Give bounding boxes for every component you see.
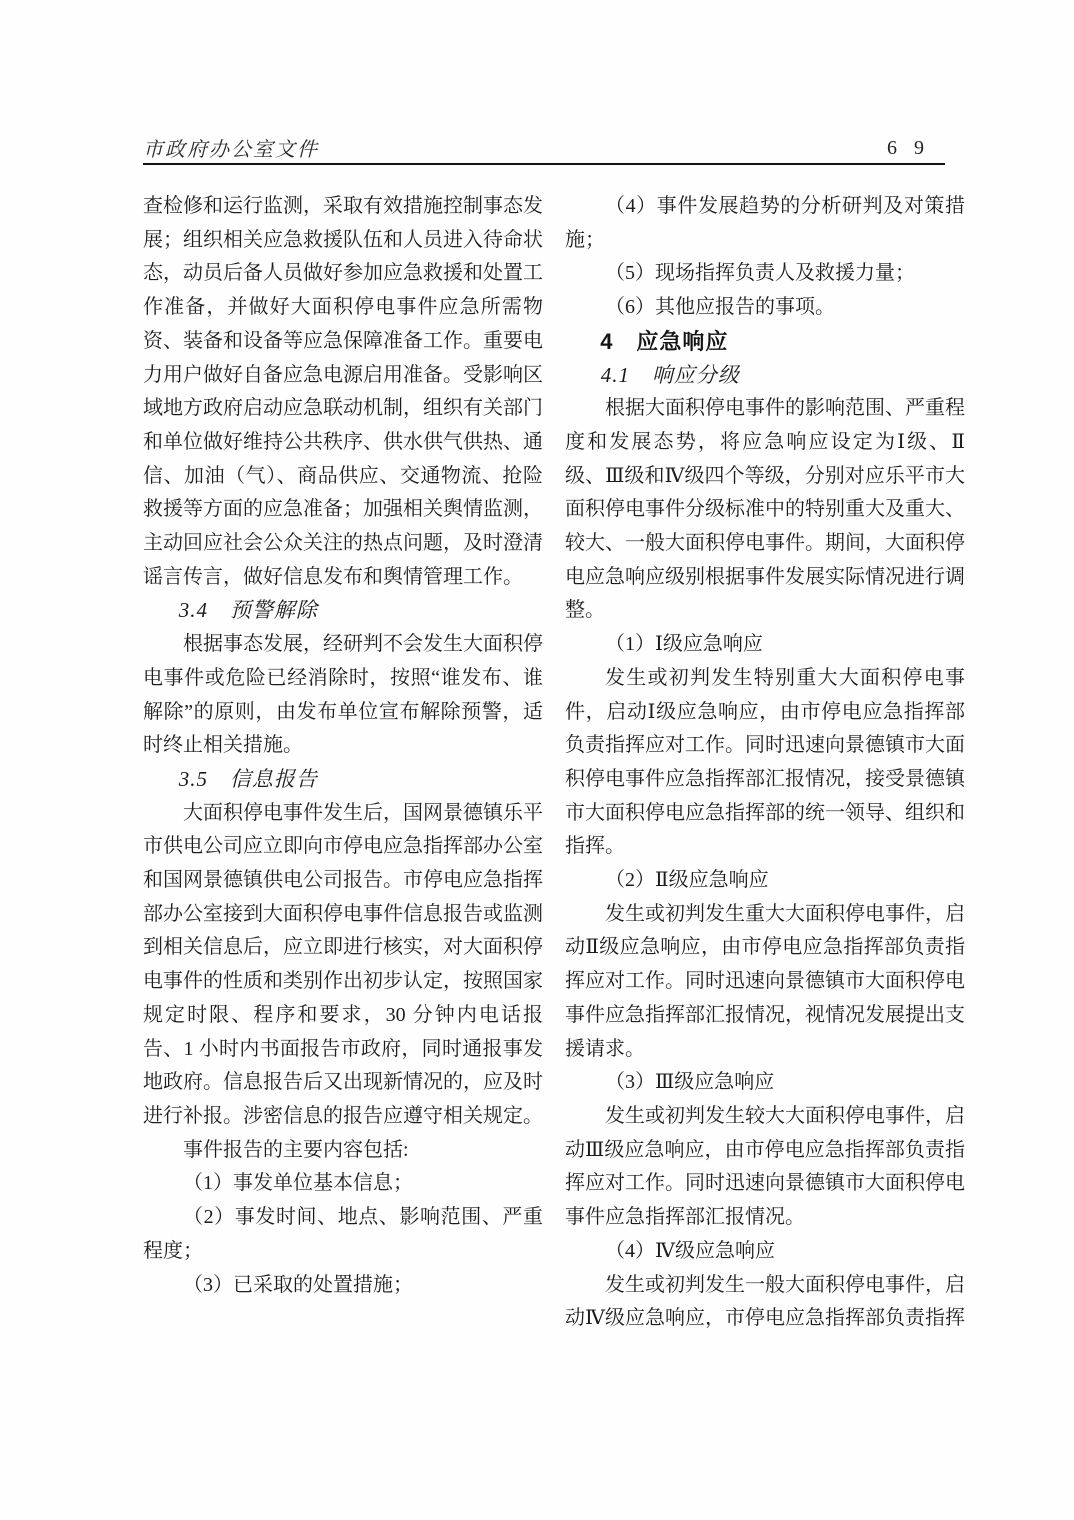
header-rule <box>143 163 945 165</box>
section-heading-3-5: 3.5 信息报告 <box>143 763 543 797</box>
right-column: （4）事件发展趋势的分析研判及对策措施； （5）现场指挥负责人及救援力量； （6… <box>565 190 965 1336</box>
paragraph: 大面积停电事件发生后，国网景德镇乐平市供电公司应立即向市停电应急指挥部办公室和国… <box>143 797 543 1134</box>
subitem-heading-level2: （2）Ⅱ级应急响应 <box>565 864 965 898</box>
left-column: 查检修和运行监测，采取有效措施控制事态发展；组织相关应急救援队伍和人员进入待命状… <box>143 190 543 1336</box>
paragraph: 根据大面积停电事件的影响范围、严重程度和发展态势，将应急响应设定为Ⅰ级、Ⅱ级、Ⅲ… <box>565 392 965 628</box>
paragraph: 事件报告的主要内容包括: <box>143 1134 543 1168</box>
subitem-heading-level3: （3）Ⅲ级应急响应 <box>565 1066 965 1100</box>
section-heading-4-1: 4.1 响应分级 <box>565 359 965 393</box>
two-column-body: 查检修和运行监测，采取有效措施控制事态发展；组织相关应急救援队伍和人员进入待命状… <box>143 190 965 1336</box>
list-item-1: （1）事发单位基本信息； <box>143 1167 543 1201</box>
page-number: 6 9 <box>143 137 930 160</box>
paragraph: 发生或初判发生重大大面积停电事件，启动Ⅱ级应急响应，由市停电应急指挥部负责指挥应… <box>565 898 965 1067</box>
chapter-heading-4: 4 应急响应 <box>565 325 965 359</box>
document-page: 市政府办公室文件 6 9 查检修和运行监测，采取有效措施控制事态发展；组织相关应… <box>0 0 1074 1520</box>
paragraph: 根据事态发展，经研判不会发生大面积停电事件或危险已经消除时，按照“谁发布、谁解除… <box>143 628 543 763</box>
list-item-5: （5）现场指挥负责人及救援力量； <box>565 257 965 291</box>
paragraph-continued: 查检修和运行监测，采取有效措施控制事态发展；组织相关应急救援队伍和人员进入待命状… <box>143 190 543 594</box>
subitem-heading-level4: （4）Ⅳ级应急响应 <box>565 1235 965 1269</box>
list-item-3: （3）已采取的处置措施； <box>143 1269 543 1303</box>
list-item-4: （4）事件发展趋势的分析研判及对策措施； <box>565 190 965 257</box>
list-item-2: （2）事发时间、地点、影响范围、严重程度； <box>143 1201 543 1268</box>
subitem-heading-level1: （1）Ⅰ级应急响应 <box>565 628 965 662</box>
paragraph: 发生或初判发生较大大面积停电事件，启动Ⅲ级应急响应，由市停电应急指挥部负责指挥应… <box>565 1100 965 1235</box>
section-heading-3-4: 3.4 预警解除 <box>143 594 543 628</box>
paragraph: 发生或初判发生特别重大大面积停电事件，启动Ⅰ级应急响应，由市停电应急指挥部负责指… <box>565 662 965 864</box>
list-item-6: （6）其他应报告的事项。 <box>565 291 965 325</box>
paragraph: 发生或初判发生一般大面积停电事件，启动Ⅳ级应急响应，市停电应急指挥部负责指挥 <box>565 1269 965 1336</box>
